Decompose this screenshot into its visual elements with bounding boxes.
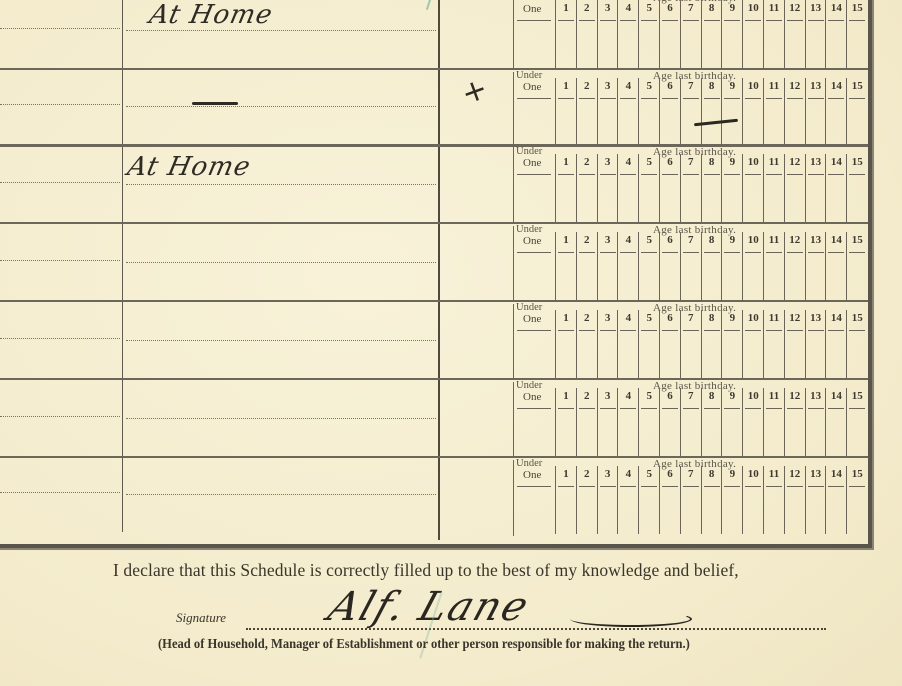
dash-entry-row-1 <box>192 102 238 105</box>
dotted-rule <box>0 338 120 339</box>
age-grid-row-4: UnderOneAge last birthday.12345678910111… <box>513 304 868 382</box>
age-column-11: 11 <box>763 0 784 68</box>
age-column-label: 10 <box>743 468 763 480</box>
dotted-rule <box>126 106 436 107</box>
age-column-5: 5 <box>638 310 659 378</box>
age-column-12: 12 <box>784 310 805 378</box>
age-column-12: 12 <box>784 232 805 300</box>
age-one-rule <box>517 408 551 409</box>
age-columns: 123456789101112131415 <box>555 388 868 456</box>
age-column-13: 13 <box>805 154 826 222</box>
dotted-rule <box>0 182 120 183</box>
age-column-6: 6 <box>659 310 680 378</box>
age-column-label: 9 <box>722 80 742 92</box>
age-column-12: 12 <box>784 466 805 534</box>
age-column-label: 2 <box>577 80 597 92</box>
age-column-15: 15 <box>846 310 867 378</box>
age-column-12: 12 <box>784 154 805 222</box>
age-grid-left-border <box>513 0 514 70</box>
age-column-9: 9 <box>721 154 742 222</box>
age-column-10: 10 <box>742 310 763 378</box>
age-column-10: 10 <box>742 0 763 68</box>
age-column-9: 9 <box>721 232 742 300</box>
age-column-label: 5 <box>639 156 659 168</box>
signature-caption: (Head of Household, Manager of Establish… <box>158 636 690 652</box>
age-column-7: 7 <box>680 466 701 534</box>
age-column-label: 6 <box>660 2 680 14</box>
age-column-label: 7 <box>681 156 701 168</box>
age-column-13: 13 <box>805 310 826 378</box>
age-column-label: 12 <box>785 312 805 324</box>
age-one-label: One <box>523 469 541 481</box>
age-column-2: 2 <box>576 232 597 300</box>
age-column-15: 15 <box>846 388 867 456</box>
declaration-text: I declare that this Schedule is correctl… <box>113 560 739 581</box>
age-column-6: 6 <box>659 466 680 534</box>
age-column-label: 1 <box>556 80 576 92</box>
age-column-label: 4 <box>618 80 638 92</box>
age-column-1: 1 <box>555 466 576 534</box>
age-column-11: 11 <box>763 154 784 222</box>
age-column-label: 1 <box>556 156 576 168</box>
age-column-label: 3 <box>598 468 618 480</box>
age-column-label: 15 <box>847 312 867 324</box>
age-column-label: 12 <box>785 468 805 480</box>
age-column-label: 15 <box>847 234 867 246</box>
age-column-label: 12 <box>785 156 805 168</box>
age-grid-row-5: UnderOneAge last birthday.12345678910111… <box>513 382 868 460</box>
age-column-5: 5 <box>638 78 659 146</box>
age-column-label: 1 <box>556 390 576 402</box>
age-column-2: 2 <box>576 466 597 534</box>
age-column-label: 13 <box>806 2 826 14</box>
age-column-14: 14 <box>825 310 846 378</box>
age-column-12: 12 <box>784 78 805 146</box>
age-column-label: 3 <box>598 234 618 246</box>
age-column-label: 10 <box>743 2 763 14</box>
age-column-14: 14 <box>825 0 846 68</box>
age-column-label: 15 <box>847 390 867 402</box>
age-column-8: 8 <box>701 232 722 300</box>
age-column-label: 15 <box>847 2 867 14</box>
age-column-label: 9 <box>722 234 742 246</box>
age-column-label: 13 <box>806 468 826 480</box>
age-grid-left-border <box>513 460 514 536</box>
age-column-14: 14 <box>825 466 846 534</box>
age-column-label: 11 <box>764 390 784 402</box>
age-column-label: 14 <box>826 80 846 92</box>
age-column-label: 4 <box>618 468 638 480</box>
age-column-13: 13 <box>805 232 826 300</box>
age-column-label: 11 <box>764 312 784 324</box>
age-column-10: 10 <box>742 78 763 146</box>
age-column-10: 10 <box>742 388 763 456</box>
age-column-4: 4 <box>617 0 638 68</box>
age-grid-left-border <box>513 304 514 380</box>
age-column-11: 11 <box>763 388 784 456</box>
age-column-4: 4 <box>617 310 638 378</box>
age-column-11: 11 <box>763 232 784 300</box>
age-one-rule <box>517 330 551 331</box>
age-column-label: 3 <box>598 156 618 168</box>
age-column-5: 5 <box>638 388 659 456</box>
age-column-7: 7 <box>680 310 701 378</box>
age-column-label: 3 <box>598 390 618 402</box>
age-column-label: 11 <box>764 80 784 92</box>
age-column-label: 12 <box>785 2 805 14</box>
age-column-label: 13 <box>806 80 826 92</box>
age-column-11: 11 <box>763 466 784 534</box>
age-column-label: 15 <box>847 80 867 92</box>
age-column-label: 6 <box>660 234 680 246</box>
age-column-label: 14 <box>826 156 846 168</box>
age-column-label: 5 <box>639 312 659 324</box>
age-column-13: 13 <box>805 388 826 456</box>
age-column-label: 1 <box>556 234 576 246</box>
age-column-1: 1 <box>555 232 576 300</box>
age-column-5: 5 <box>638 154 659 222</box>
age-grid-row-3: UnderOneAge last birthday.12345678910111… <box>513 226 868 304</box>
age-column-label: 2 <box>577 234 597 246</box>
age-column-label: 5 <box>639 2 659 14</box>
age-column-2: 2 <box>576 388 597 456</box>
signature-flourish <box>570 611 692 627</box>
age-column-label: 6 <box>660 80 680 92</box>
age-column-label: 12 <box>785 80 805 92</box>
age-column-label: 9 <box>722 390 742 402</box>
age-column-label: 1 <box>556 468 576 480</box>
age-column-5: 5 <box>638 0 659 68</box>
age-column-7: 7 <box>680 0 701 68</box>
age-column-label: 8 <box>702 468 722 480</box>
age-column-15: 15 <box>846 154 867 222</box>
age-column-5: 5 <box>638 232 659 300</box>
age-columns: 123456789101112131415 <box>555 154 868 222</box>
age-column-13: 13 <box>805 78 826 146</box>
age-column-1: 1 <box>555 154 576 222</box>
age-column-label: 10 <box>743 156 763 168</box>
age-column-1: 1 <box>555 0 576 68</box>
age-column-12: 12 <box>784 388 805 456</box>
age-under-label: Under <box>516 458 542 469</box>
age-grid-row-1: UnderOneAge last birthday.12345678910111… <box>513 72 868 150</box>
age-grid-left-border <box>513 226 514 302</box>
age-column-label: 5 <box>639 80 659 92</box>
age-one-rule <box>517 98 551 99</box>
age-column-4: 4 <box>617 78 638 146</box>
age-column-label: 8 <box>702 80 722 92</box>
age-column-label: 7 <box>681 468 701 480</box>
age-column-6: 6 <box>659 154 680 222</box>
age-one-label: One <box>523 235 541 247</box>
age-one-rule <box>517 174 551 175</box>
age-column-label: 1 <box>556 312 576 324</box>
age-column-label: 11 <box>764 2 784 14</box>
age-column-label: 2 <box>577 312 597 324</box>
age-column-label: 1 <box>556 2 576 14</box>
age-column-label: 8 <box>702 312 722 324</box>
age-column-4: 4 <box>617 466 638 534</box>
age-column-label: 15 <box>847 468 867 480</box>
age-column-10: 10 <box>742 154 763 222</box>
age-column-9: 9 <box>721 466 742 534</box>
age-column-label: 4 <box>618 2 638 14</box>
age-column-2: 2 <box>576 154 597 222</box>
age-column-label: 6 <box>660 468 680 480</box>
age-column-label: 8 <box>702 390 722 402</box>
age-column-label: 14 <box>826 234 846 246</box>
age-under-label: Under <box>516 302 542 313</box>
age-column-15: 15 <box>846 0 867 68</box>
age-grid-row-6: UnderOneAge last birthday.12345678910111… <box>513 460 868 538</box>
age-column-7: 7 <box>680 154 701 222</box>
occupation-entry-row-2: At Home <box>125 152 254 182</box>
age-column-15: 15 <box>846 78 867 146</box>
age-column-label: 2 <box>577 390 597 402</box>
age-one-rule <box>517 252 551 253</box>
age-column-14: 14 <box>825 232 846 300</box>
age-column-label: 9 <box>722 312 742 324</box>
age-one-label: One <box>523 157 541 169</box>
age-column-label: 2 <box>577 156 597 168</box>
age-column-5: 5 <box>638 466 659 534</box>
age-column-label: 11 <box>764 234 784 246</box>
age-one-rule <box>517 20 551 21</box>
age-column-8: 8 <box>701 0 722 68</box>
age-column-4: 4 <box>617 388 638 456</box>
dotted-rule <box>126 184 436 185</box>
age-column-label: 3 <box>598 312 618 324</box>
age-column-label: 13 <box>806 234 826 246</box>
age-column-1: 1 <box>555 78 576 146</box>
age-column-label: 14 <box>826 468 846 480</box>
age-column-11: 11 <box>763 78 784 146</box>
age-under-label: Under <box>516 146 542 157</box>
age-column-label: 7 <box>681 2 701 14</box>
age-column-4: 4 <box>617 232 638 300</box>
age-column-label: 11 <box>764 468 784 480</box>
age-column-3: 3 <box>597 310 618 378</box>
dotted-rule <box>126 340 436 341</box>
age-columns: 123456789101112131415 <box>555 310 868 378</box>
age-column-label: 3 <box>598 2 618 14</box>
age-column-10: 10 <box>742 232 763 300</box>
dotted-rule <box>126 494 436 495</box>
age-column-label: 6 <box>660 390 680 402</box>
dotted-rule <box>0 28 120 29</box>
age-column-label: 5 <box>639 390 659 402</box>
age-column-2: 2 <box>576 0 597 68</box>
dotted-rule <box>126 30 436 31</box>
age-under-label: Under <box>516 380 542 391</box>
age-grid-left-border <box>513 382 514 458</box>
age-column-label: 13 <box>806 312 826 324</box>
age-column-label: 10 <box>743 234 763 246</box>
age-columns: 123456789101112131415 <box>555 466 868 534</box>
age-column-label: 9 <box>722 2 742 14</box>
age-column-15: 15 <box>846 232 867 300</box>
age-column-8: 8 <box>701 310 722 378</box>
age-column-label: 14 <box>826 2 846 14</box>
age-one-label: One <box>523 313 541 325</box>
age-column-6: 6 <box>659 388 680 456</box>
age-column-3: 3 <box>597 466 618 534</box>
age-one-label: One <box>523 81 541 93</box>
age-columns: 123456789101112131415 <box>555 232 868 300</box>
age-column-label: 12 <box>785 234 805 246</box>
age-column-label: 9 <box>722 468 742 480</box>
age-column-label: 2 <box>577 2 597 14</box>
age-one-label: One <box>523 391 541 403</box>
age-column-10: 10 <box>742 466 763 534</box>
age-column-1: 1 <box>555 310 576 378</box>
dotted-rule <box>0 492 120 493</box>
column-divider-2 <box>438 0 440 540</box>
age-column-9: 9 <box>721 78 742 146</box>
age-grid-row-0: UnderOneAge last birthday.12345678910111… <box>513 0 868 72</box>
age-grid-row-2: UnderOneAge last birthday.12345678910111… <box>513 148 868 226</box>
age-column-label: 5 <box>639 234 659 246</box>
age-column-label: 9 <box>722 156 742 168</box>
age-column-3: 3 <box>597 388 618 456</box>
age-under-label: Under <box>516 224 542 235</box>
age-column-1: 1 <box>555 388 576 456</box>
age-column-14: 14 <box>825 388 846 456</box>
age-column-9: 9 <box>721 388 742 456</box>
age-column-label: 6 <box>660 312 680 324</box>
age-column-label: 13 <box>806 156 826 168</box>
age-column-6: 6 <box>659 0 680 68</box>
age-column-label: 13 <box>806 390 826 402</box>
age-column-7: 7 <box>680 388 701 456</box>
age-column-11: 11 <box>763 310 784 378</box>
age-column-label: 4 <box>618 234 638 246</box>
age-column-label: 10 <box>743 312 763 324</box>
age-column-15: 15 <box>846 466 867 534</box>
dotted-rule <box>126 262 436 263</box>
age-column-7: 7 <box>680 78 701 146</box>
age-column-3: 3 <box>597 0 618 68</box>
age-column-4: 4 <box>617 154 638 222</box>
age-column-3: 3 <box>597 154 618 222</box>
age-column-label: 8 <box>702 156 722 168</box>
age-one-rule <box>517 486 551 487</box>
age-column-2: 2 <box>576 78 597 146</box>
age-column-label: 15 <box>847 156 867 168</box>
age-column-label: 6 <box>660 156 680 168</box>
census-schedule-page: At Home + At Home UnderOneAge last birth… <box>0 0 902 686</box>
age-column-label: 10 <box>743 390 763 402</box>
age-column-label: 14 <box>826 312 846 324</box>
age-column-label: 7 <box>681 312 701 324</box>
age-column-12: 12 <box>784 0 805 68</box>
age-column-label: 12 <box>785 390 805 402</box>
age-column-9: 9 <box>721 310 742 378</box>
dotted-rule <box>126 418 436 419</box>
age-column-label: 7 <box>681 390 701 402</box>
age-column-8: 8 <box>701 78 722 146</box>
age-column-label: 10 <box>743 80 763 92</box>
dotted-rule <box>0 416 120 417</box>
age-column-14: 14 <box>825 78 846 146</box>
age-grid-left-border <box>513 72 514 148</box>
age-columns: 123456789101112131415 <box>555 0 868 68</box>
age-column-label: 4 <box>618 312 638 324</box>
age-column-label: 5 <box>639 468 659 480</box>
age-column-13: 13 <box>805 0 826 68</box>
age-column-3: 3 <box>597 232 618 300</box>
age-column-label: 4 <box>618 390 638 402</box>
age-column-label: 8 <box>702 2 722 14</box>
age-column-label: 2 <box>577 468 597 480</box>
age-grid-left-border <box>513 148 514 224</box>
age-column-8: 8 <box>701 466 722 534</box>
age-column-label: 3 <box>598 80 618 92</box>
age-column-13: 13 <box>805 466 826 534</box>
signature-label: Signature <box>176 610 226 626</box>
age-column-label: 7 <box>681 80 701 92</box>
dotted-rule <box>0 260 120 261</box>
age-column-7: 7 <box>680 232 701 300</box>
age-column-label: 14 <box>826 390 846 402</box>
age-column-label: 8 <box>702 234 722 246</box>
dotted-rule <box>0 104 120 105</box>
signature-handwriting: Alf. Lane <box>323 584 536 630</box>
age-column-2: 2 <box>576 310 597 378</box>
age-one-label: One <box>523 3 541 15</box>
age-column-label: 7 <box>681 234 701 246</box>
column-divider-1 <box>122 0 123 532</box>
age-column-9: 9 <box>721 0 742 68</box>
age-column-14: 14 <box>825 154 846 222</box>
age-column-8: 8 <box>701 154 722 222</box>
age-column-6: 6 <box>659 232 680 300</box>
occupation-entry-row-0: At Home <box>147 0 276 30</box>
age-column-label: 4 <box>618 156 638 168</box>
age-column-6: 6 <box>659 78 680 146</box>
age-under-label: Under <box>516 70 542 81</box>
age-column-8: 8 <box>701 388 722 456</box>
age-column-3: 3 <box>597 78 618 146</box>
age-columns: 123456789101112131415 <box>555 78 868 146</box>
age-column-label: 11 <box>764 156 784 168</box>
